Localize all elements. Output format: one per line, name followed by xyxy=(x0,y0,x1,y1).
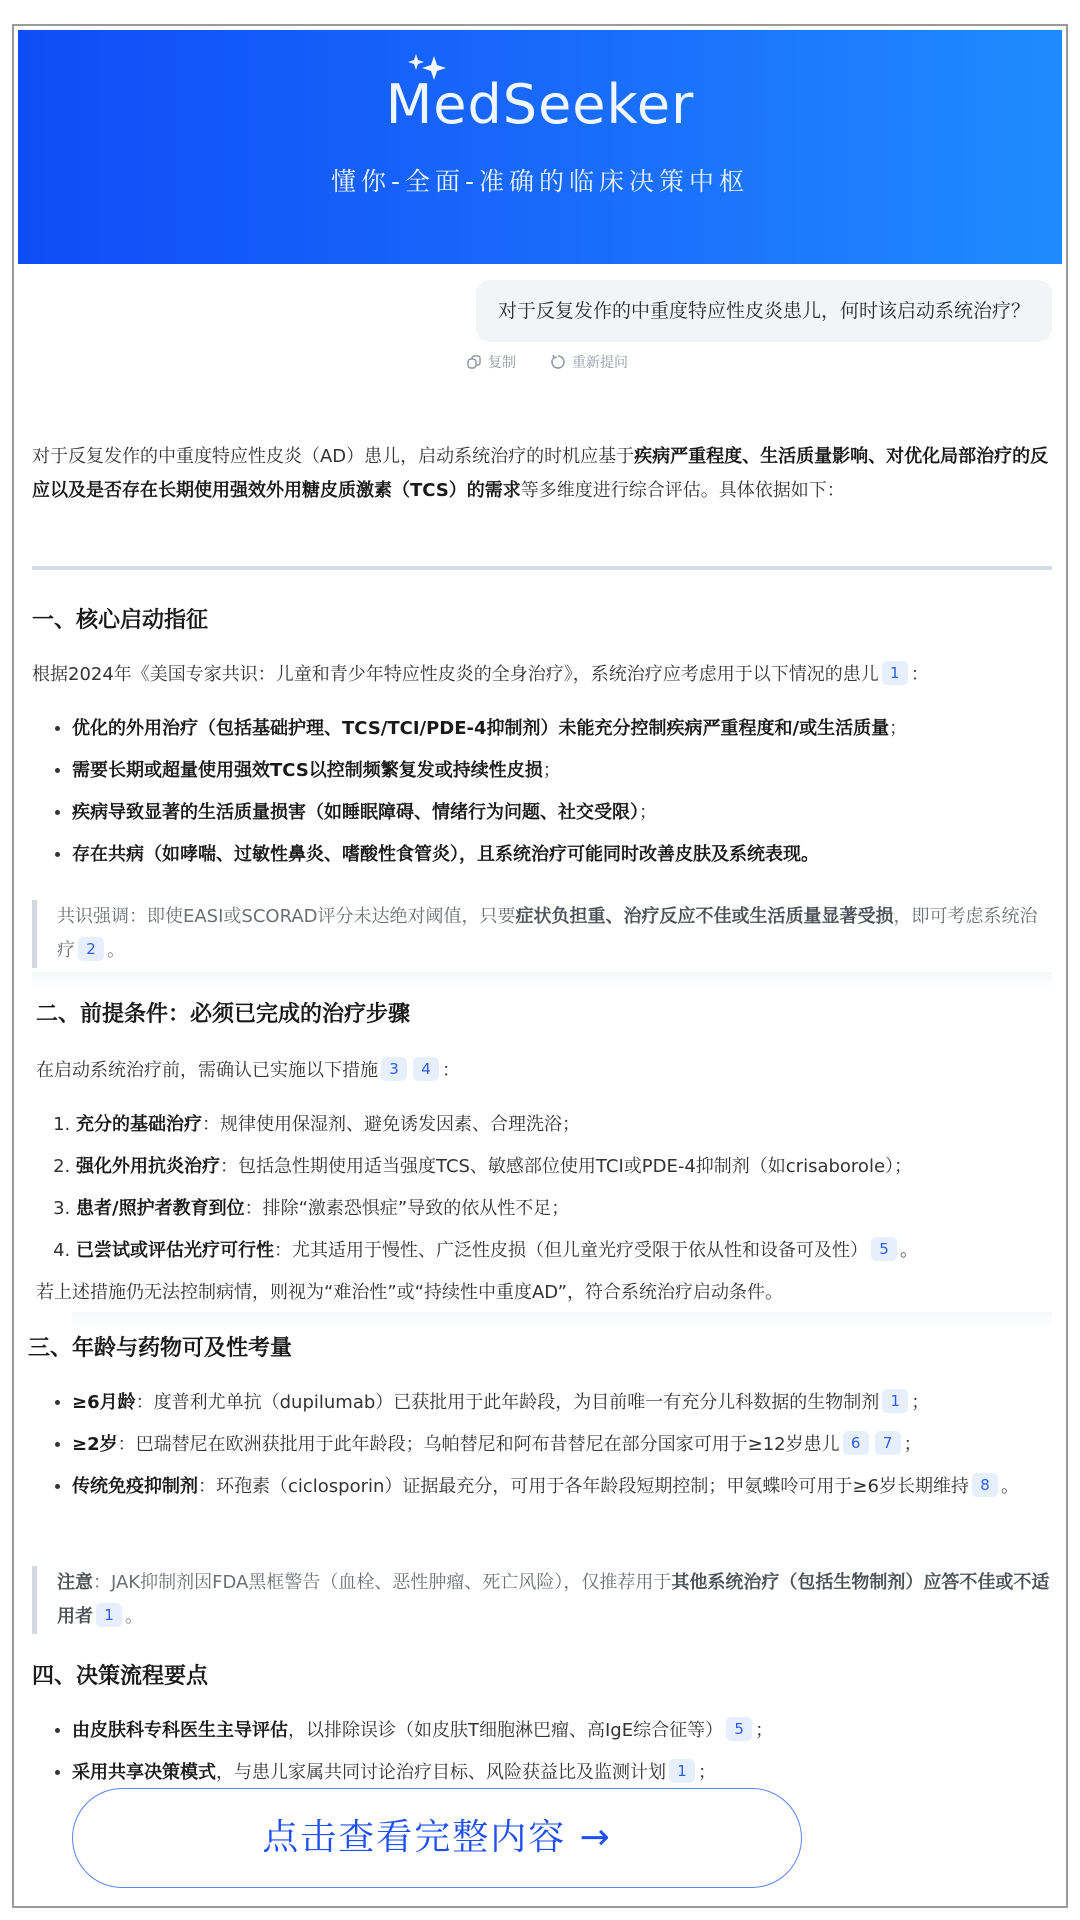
list-item: ≥6月龄：度普利尤单抗（dupilumab）已获批用于此年龄段，为目前唯一有充分… xyxy=(72,1386,1052,1420)
list-item: 存在共病（如哮喘、过敏性鼻炎、嗜酸性食管炎），且系统治疗可能同时改善皮肤及系统表… xyxy=(72,838,1052,872)
section-lead: 在启动系统治疗前，需确认已实施以下措施34： xyxy=(36,1054,1052,1088)
section-title: 四、决策流程要点 xyxy=(32,1660,208,1694)
screenshot-frame: MedSeeker 懂你-全面-准确的临床决策中枢 对于反复发作的中重度特应性皮… xyxy=(12,24,1068,1908)
answer-intro: 对于反复发作的中重度特应性皮炎（AD）患儿，启动系统治疗的时机应基于疾病严重程度… xyxy=(32,440,1052,508)
list-item: 已尝试或评估光疗可行性：尤其适用于慢性、广泛性皮损（但儿童光疗受限于依从性和设备… xyxy=(76,1234,1052,1268)
citation-badge[interactable]: 3 xyxy=(381,1057,407,1081)
prerequisite-list: 充分的基础治疗：规律使用保湿剂、避免诱发因素、合理洗浴； 强化外用抗炎治疗：包括… xyxy=(32,1108,1052,1276)
sparkle-icon xyxy=(408,52,452,82)
collapse-fade xyxy=(72,1312,1052,1330)
citation-badge[interactable]: 1 xyxy=(882,661,908,685)
copy-button[interactable]: 复制 xyxy=(466,352,516,372)
age-drug-list: ≥6月龄：度普利尤单抗（dupilumab）已获批用于此年龄段，为目前唯一有充分… xyxy=(32,1386,1052,1512)
list-item: 疾病导致显著的生活质量损害（如睡眠障碍、情绪行为问题、社交受限）； xyxy=(72,796,1052,830)
citation-badge[interactable]: 5 xyxy=(726,1717,752,1741)
decision-list: 由皮肤科专科医生主导评估，以排除误诊（如皮肤T细胞淋巴瘤、高IgE综合征等）5；… xyxy=(32,1714,1052,1798)
list-item: 充分的基础治疗：规律使用保湿剂、避免诱发因素、合理洗浴； xyxy=(76,1108,1052,1142)
list-item: 强化外用抗炎治疗：包括急性期使用适当强度TCS、敏感部位使用TCI或PDE-4抑… xyxy=(76,1150,1052,1184)
regenerate-label: 重新提问 xyxy=(572,352,628,372)
app-logo: MedSeeker xyxy=(386,70,695,140)
section-outro: 若上述措施仍无法控制病情，则视为“难治性”或“持续性中重度AD”，符合系统治疗启… xyxy=(36,1276,1052,1310)
indication-list: 优化的外用治疗（包括基础护理、TCS/TCI/PDE-4抑制剂）未能充分控制疾病… xyxy=(32,712,1052,880)
view-full-content-button[interactable]: 点击查看完整内容 → xyxy=(72,1788,802,1888)
jak-warning-note: 注意：JAK抑制剂因FDA黑框警告（血栓、恶性肿瘤、死亡风险），仅推荐用于其他系… xyxy=(32,1566,1052,1634)
section-title: 二、前提条件：必须已完成的治疗步骤 xyxy=(36,998,410,1032)
section-title: 一、核心启动指征 xyxy=(32,604,208,638)
section-divider xyxy=(32,566,1052,570)
citation-badge[interactable]: 2 xyxy=(78,937,104,961)
citation-badge[interactable]: 5 xyxy=(871,1237,897,1261)
list-item: 患者/照护者教育到位：排除“激素恐惧症”导致的依从性不足； xyxy=(76,1192,1052,1226)
regenerate-button[interactable]: 重新提问 xyxy=(550,352,628,372)
copy-icon xyxy=(466,354,482,370)
app-tagline: 懂你-全面-准确的临床决策中枢 xyxy=(18,162,1062,198)
citation-badge[interactable]: 8 xyxy=(972,1473,998,1497)
citation-badge[interactable]: 4 xyxy=(413,1057,439,1081)
list-item: 采用共享决策模式，与患儿家属共同讨论治疗目标、风险获益比及监测计划1； xyxy=(72,1756,1052,1790)
brand-header: MedSeeker 懂你-全面-准确的临床决策中枢 xyxy=(18,30,1062,264)
citation-badge[interactable]: 1 xyxy=(96,1603,122,1627)
copy-label: 复制 xyxy=(488,352,516,372)
app-name: MedSeeker xyxy=(386,73,695,136)
citation-badge[interactable]: 1 xyxy=(882,1389,908,1413)
section-title: 三、年龄与药物可及性考量 xyxy=(28,1332,292,1366)
user-question-bubble: 对于反复发作的中重度特应性皮炎患儿，何时该启动系统治疗？ xyxy=(476,280,1052,342)
citation-badge[interactable]: 6 xyxy=(843,1431,869,1455)
refresh-icon xyxy=(550,354,566,370)
list-item: 由皮肤科专科医生主导评估，以排除误诊（如皮肤T细胞淋巴瘤、高IgE综合征等）5； xyxy=(72,1714,1052,1748)
list-item: 传统免疫抑制剂：环孢素（ciclosporin）证据最充分，可用于各年龄段短期控… xyxy=(72,1470,1052,1504)
question-actions: 复制 重新提问 xyxy=(466,352,628,372)
citation-badge[interactable]: 1 xyxy=(669,1759,695,1783)
consensus-note: 共识强调：即使EASI或SCORAD评分未达绝对阈值，只要症状负担重、治疗反应不… xyxy=(32,900,1052,968)
list-item: 需要长期或超量使用强效TCS以控制频繁复发或持续性皮损； xyxy=(72,754,1052,788)
section-lead: 根据2024年《美国专家共识：儿童和青少年特应性皮炎的全身治疗》，系统治疗应考虑… xyxy=(32,658,1052,692)
collapse-fade xyxy=(32,972,1052,990)
list-item: 优化的外用治疗（包括基础护理、TCS/TCI/PDE-4抑制剂）未能充分控制疾病… xyxy=(72,712,1052,746)
citation-badge[interactable]: 7 xyxy=(875,1431,901,1455)
list-item: ≥2岁：巴瑞替尼在欧洲获批用于此年龄段；乌帕替尼和阿布昔替尼在部分国家可用于≥1… xyxy=(72,1428,1052,1462)
